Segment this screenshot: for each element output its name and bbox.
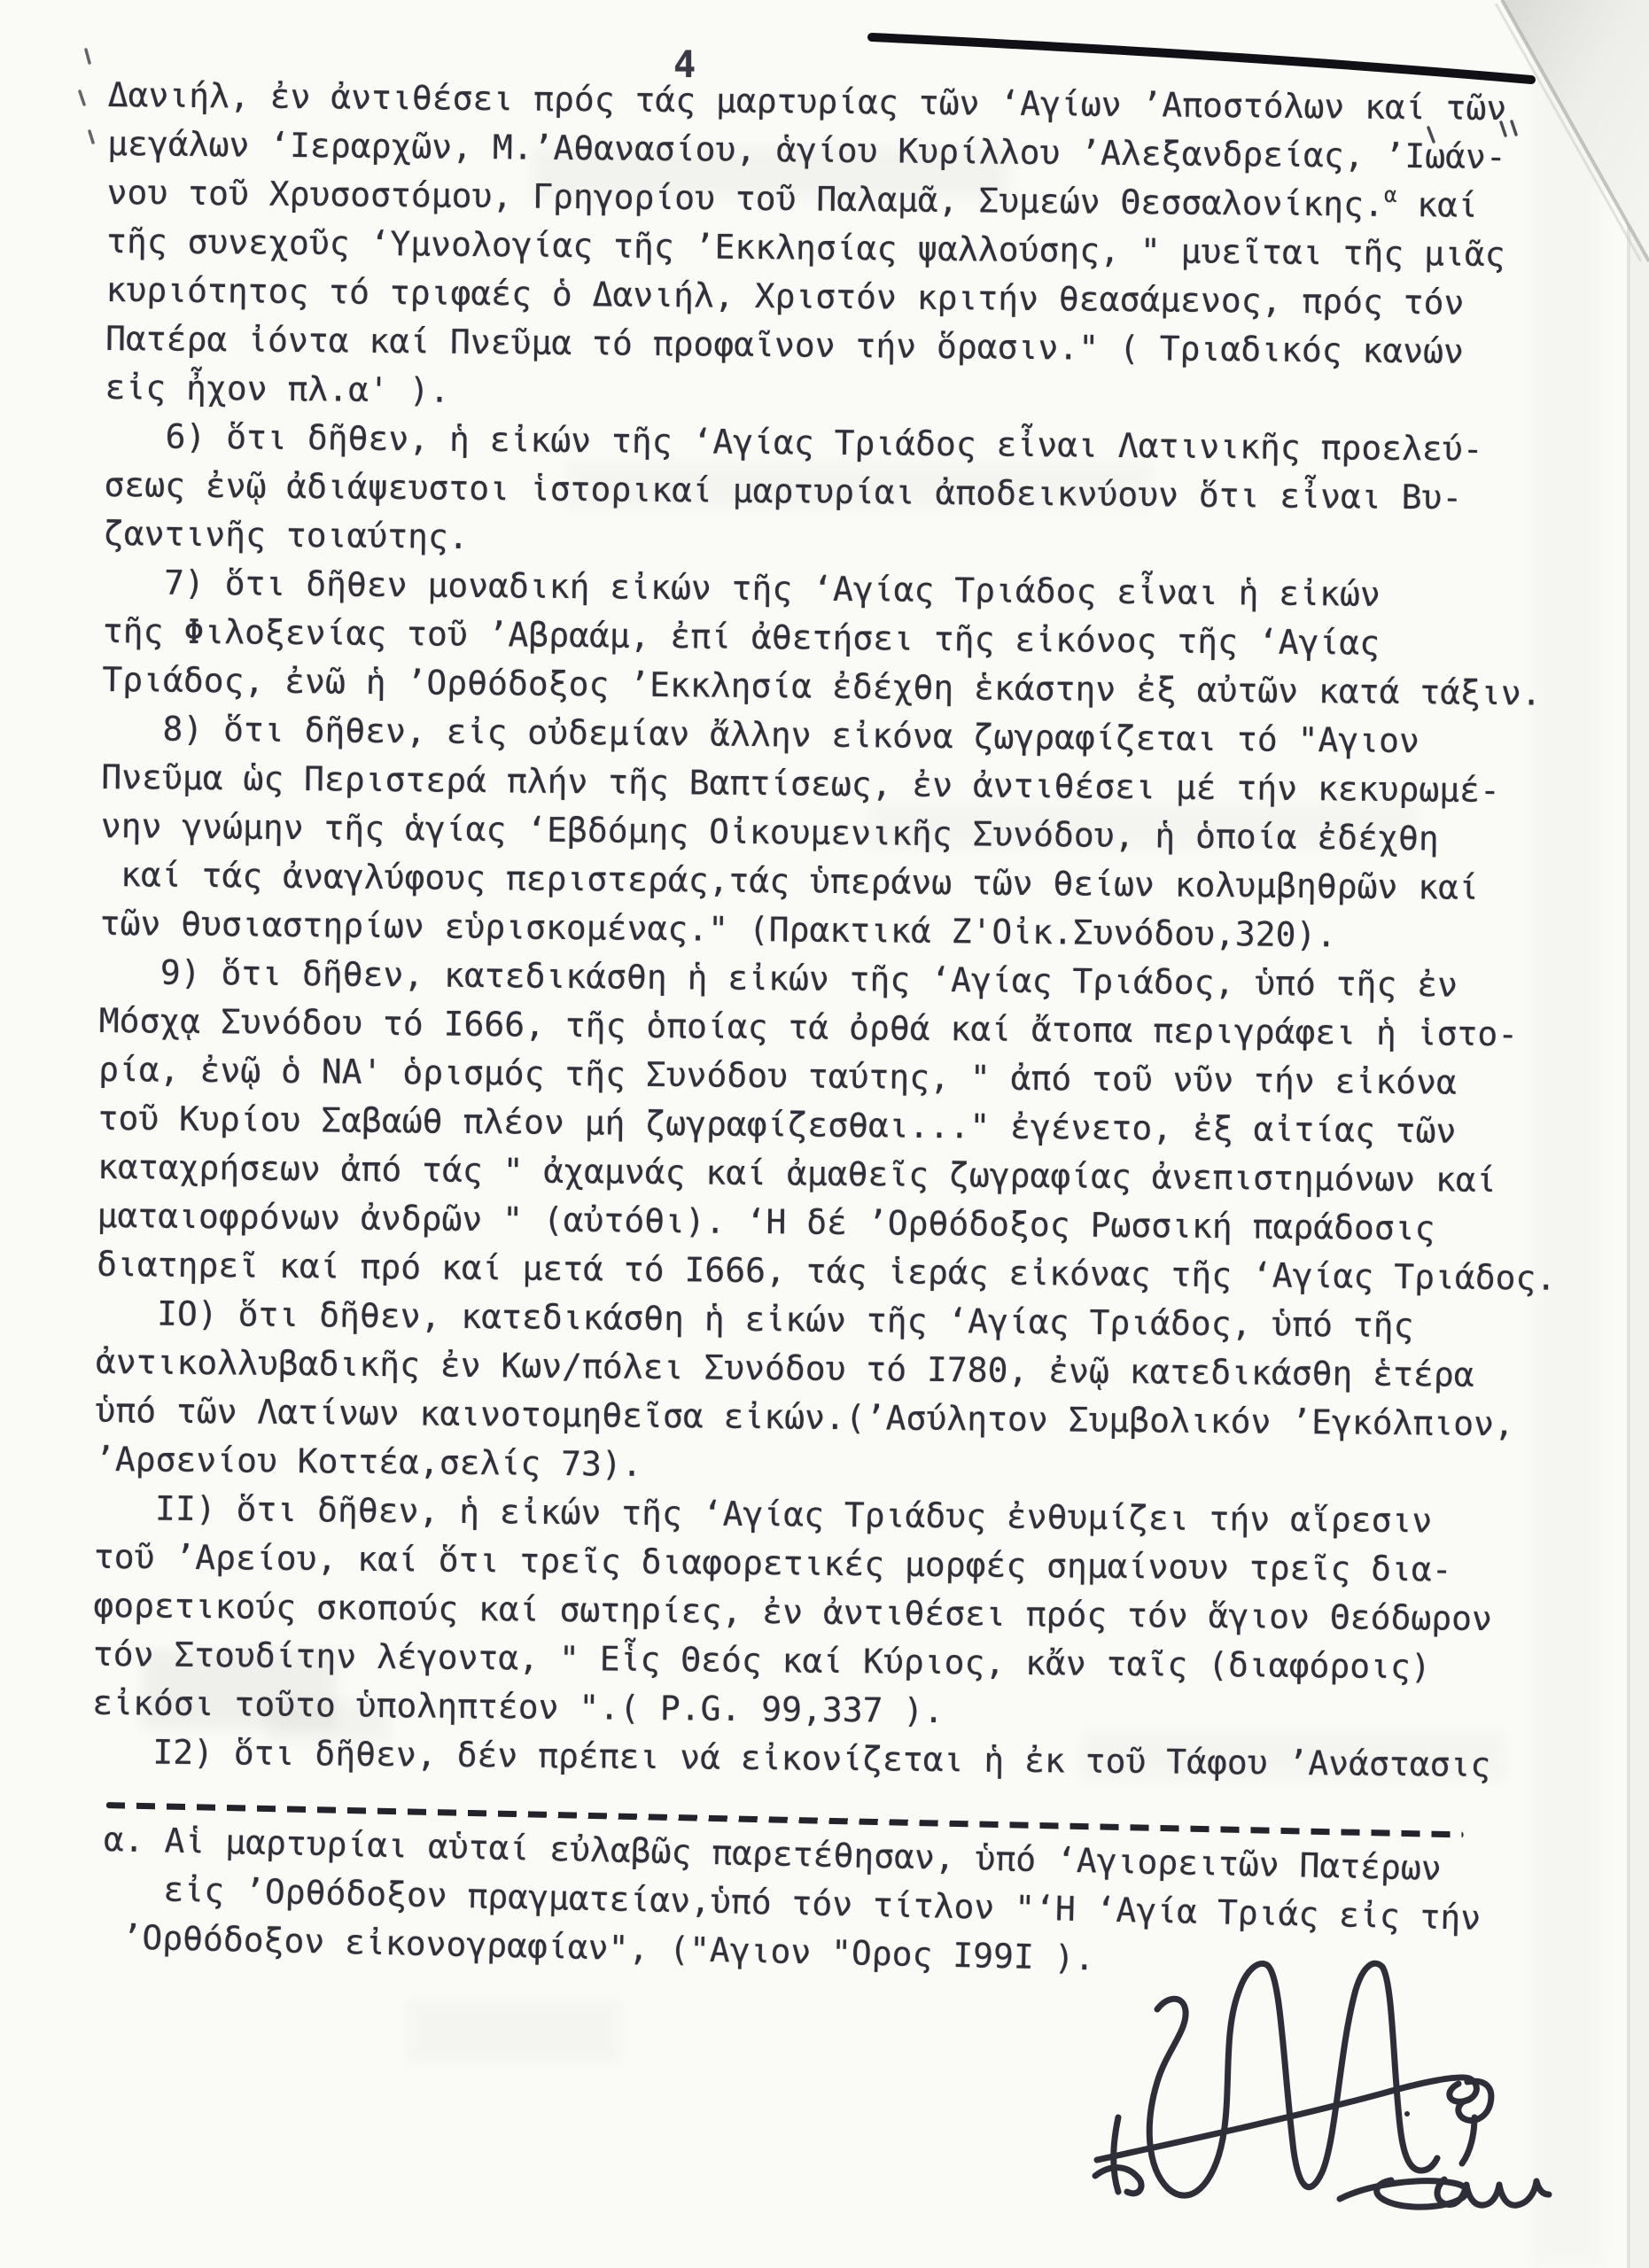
stray-marks-top-left (80, 50, 93, 143)
scanned-document-page: 4 Δανιήλ, ἐν ἀντιθέσει πρός τάς μαρτυρία… (0, 0, 1649, 2268)
body-text: Δανιήλ, ἐν ἀντιθέσει πρός τάς μαρτυρίας … (92, 71, 1649, 1791)
footnote-reference-mark: α (1384, 183, 1397, 207)
signature-ink-dot (1404, 2111, 1410, 2117)
photocopy-streak (872, 37, 1531, 80)
footnote: α. Αἱ μαρτυρίαι αὑταί εὐλαβῶς παρετέθησα… (101, 1802, 1611, 1994)
signature-scrawl (1095, 1963, 1549, 2207)
scan-wash (408, 2000, 620, 2062)
footnote-lines: α. Αἱ μαρτυρίαι αὑταί εὐλαβῶς παρετέθησα… (101, 1815, 1610, 1994)
